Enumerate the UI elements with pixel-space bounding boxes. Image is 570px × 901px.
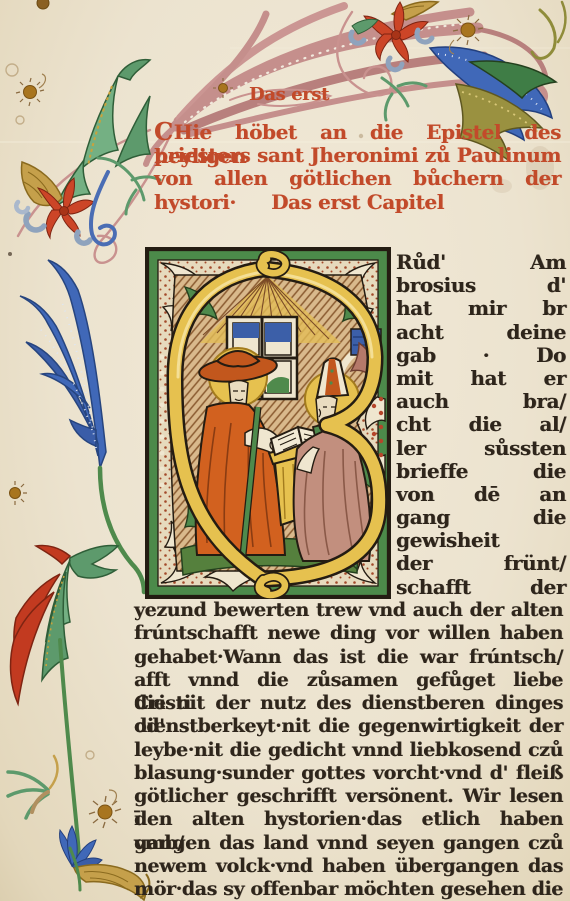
text-line: leybe·nit die gedicht vnnd liebkosend cz… <box>134 739 563 762</box>
text-line: yezund bewerten trew vnd auch der alten <box>134 599 563 622</box>
text-line: blasung·sunder gottes vorcht·vnd d' flei… <box>134 762 563 785</box>
rubric-line: priesters sant Jheronimi zů Paulinum <box>154 144 561 168</box>
text-line: frúntschafft newe ding vor willen haben <box>134 622 563 645</box>
capitulum-mark: C <box>154 117 173 146</box>
text-line: dienstberkeyt·nit die gegenwirtigkeit de… <box>134 715 563 738</box>
text-line: den alten hystorien·das etlich haben vmb… <box>134 808 563 831</box>
text-line: gewisheit <box>396 529 566 552</box>
text-line: brosius d' <box>396 274 566 297</box>
text-line: acht deine <box>396 321 566 344</box>
body-text: yezund bewerten trew vnd auch der alten … <box>134 599 563 901</box>
olive-tendril-top-right <box>532 2 565 58</box>
text-line: die nit der nutz des dienstberen dinges … <box>134 692 563 715</box>
text-line: brieffe die <box>396 460 566 483</box>
blue-tendril-left <box>91 172 115 244</box>
rubric-line: von allen götlichen bůchern der hystori· <box>154 167 561 191</box>
text-line: von dē an <box>396 483 566 506</box>
text-line: gangen das land vnnd seyen gangen czů <box>134 832 563 855</box>
text-line: Růd' Am <box>396 251 566 274</box>
text-line: mit hat er <box>396 367 566 390</box>
running-header: Das erst <box>249 86 369 104</box>
text-line: mör·das sy offenbar möchten gesehen die <box>134 878 563 901</box>
text-line: gab · Do <box>396 344 566 367</box>
text-line: ler sůssten <box>396 437 566 460</box>
blue-acanthus-left <box>20 260 106 468</box>
text-line: afft vnnd die zůsamen gefůget liebe Cris… <box>134 669 563 692</box>
text-line: götlicher geschrifft versönent. Wir lese… <box>134 785 563 808</box>
gold-bud-left <box>22 162 63 205</box>
green-sprig-bottom <box>8 756 57 818</box>
text-line: hat mir br <box>396 297 566 320</box>
woodcut-initial-B <box>145 247 391 599</box>
text-line: cht die al/ <box>396 413 566 436</box>
text-line: newem volck·vnd haben übergangen das <box>134 855 563 878</box>
text-line: schafft der <box>396 576 566 599</box>
green-sprig-top-right <box>382 78 426 120</box>
text-line: gehabet·Wann das ist die war frúntsch/ <box>134 646 563 669</box>
rubric-heading: CHie höbet an die Epistel des heyligen p… <box>154 120 561 214</box>
side-column-text: Růd' Am brosius d' hat mir br acht deine… <box>396 251 566 599</box>
text-line: der frünt/ <box>396 552 566 575</box>
manuscript-page: Das erst CHie höbet an die Epistel des h… <box>0 0 570 901</box>
text-line: auch bra/ <box>396 390 566 413</box>
rubric-line: CHie höbet an die Epistel des heyligen <box>154 120 561 144</box>
text-line: gang die <box>396 506 566 529</box>
